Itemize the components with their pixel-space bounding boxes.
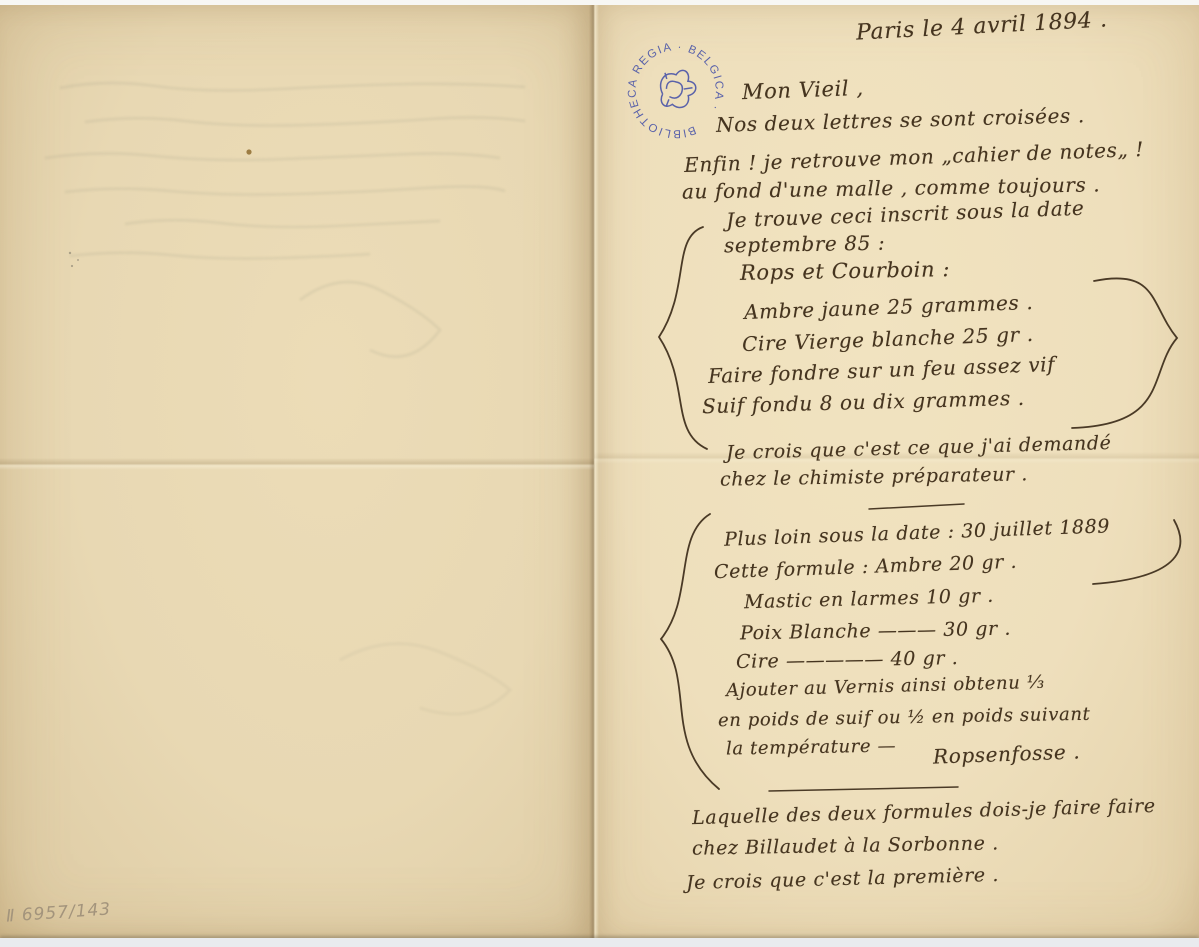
center-fold	[589, 5, 599, 938]
scan-edge-bottom	[0, 938, 1199, 947]
letter-scan: BIBLIOTHECA REGIA · BELGICA · Paris le 4…	[0, 0, 1199, 947]
recipe-line: Cire ————— 40 gr .	[736, 647, 959, 673]
signature: Ropsenfosse .	[933, 739, 1081, 768]
letter-line: la température —	[726, 736, 896, 760]
scan-edge-top	[0, 0, 1199, 5]
recipe-line: Poix Blanche ——— 30 gr .	[740, 618, 1011, 645]
page-left-verso	[0, 5, 594, 938]
recipe-heading: Rops et Courboin :	[740, 257, 950, 285]
fold-crease-left	[0, 458, 594, 470]
letter-salutation: Mon Vieil ,	[742, 76, 864, 104]
letter-line: septembre 85 :	[724, 231, 886, 258]
stamp-crest-icon	[649, 62, 702, 115]
